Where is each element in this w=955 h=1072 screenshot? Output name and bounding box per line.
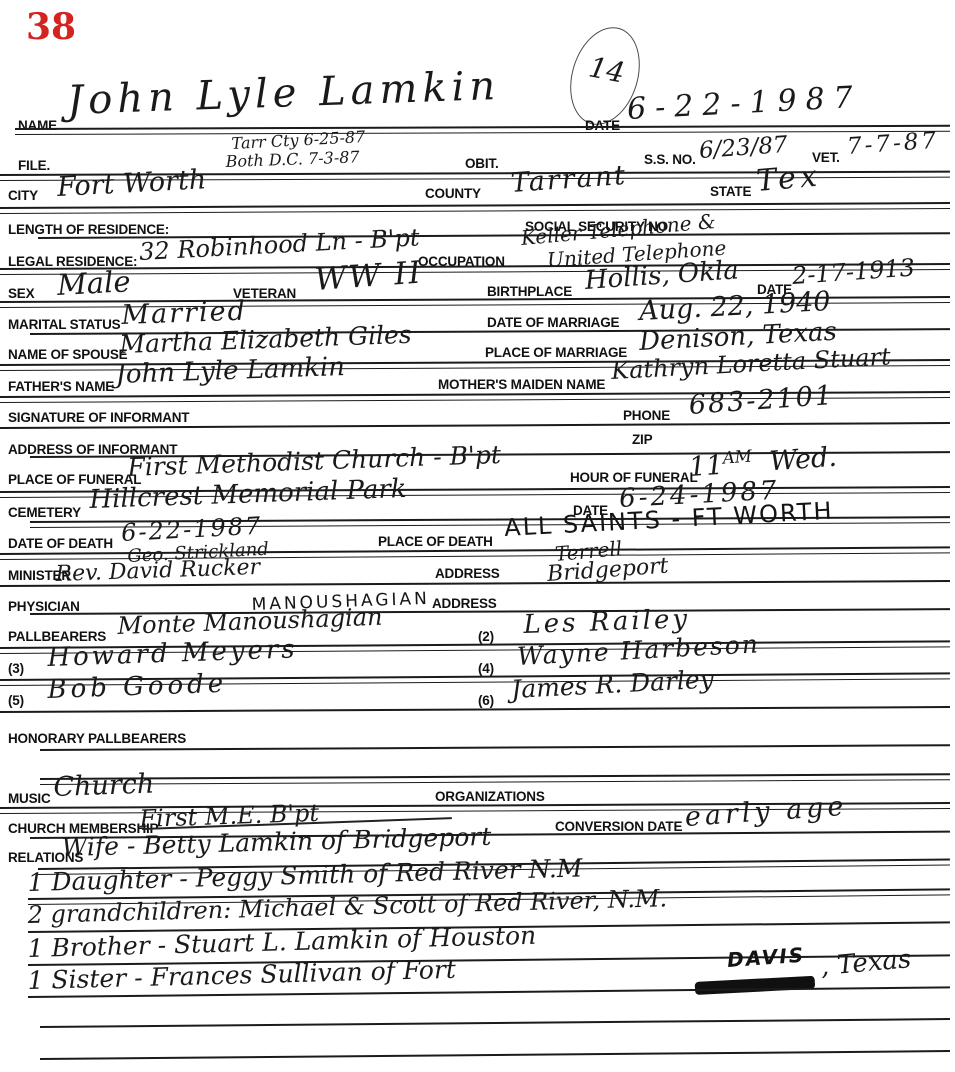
birthplace-label: BIRTHPLACE (487, 284, 572, 299)
conversion-date-value: early age (684, 791, 849, 833)
pallbearer-6-value: James R. Darley (510, 664, 714, 704)
state-label: STATE (710, 184, 751, 199)
vet-value: 7-7-87 (846, 128, 940, 160)
hour-ampm: AM (722, 446, 753, 468)
state-value: Tex (755, 159, 822, 199)
pallbearer-5-value: Bob Goode (47, 669, 228, 705)
date-of-marriage-label: DATE OF MARRIAGE (487, 315, 619, 330)
pallbearer-1-value: Monte Manoushagian (117, 603, 383, 640)
rule-line (0, 202, 950, 214)
date-value: 6-22-1987 (626, 80, 862, 127)
date-of-death-label: DATE OF DEATH (8, 536, 113, 551)
music-value: Church (53, 768, 155, 803)
hour-day: Wed. (768, 442, 837, 478)
pallbearer-5-number: (5) (8, 693, 24, 708)
obit-label: OBIT. (465, 156, 499, 171)
fathers-name-label: FATHER'S NAME (8, 379, 114, 394)
zip-label: ZIP (632, 432, 652, 447)
rule-line (0, 706, 950, 713)
pallbearer-4-number: (4) (478, 661, 494, 676)
name-of-spouse-label: NAME OF SPOUSE (8, 347, 127, 362)
pallbearer-6-number: (6) (478, 693, 494, 708)
organizations-label: ORGANIZATIONS (435, 789, 545, 804)
rule-line (40, 1050, 950, 1060)
file-label: FILE. (18, 158, 50, 173)
signature-of-informant-label: SIGNATURE OF INFORMANT (8, 410, 189, 425)
phone-label: PHONE (623, 408, 670, 423)
page-number: 38 (26, 6, 76, 48)
honorary-pallbearers-label: HONORARY PALLBEARERS (8, 731, 186, 746)
marital-status-label: MARITAL STATUS (8, 317, 120, 332)
relation-brother: 1 Brother - Stuart L. Lamkin of Houston (27, 921, 536, 963)
place-of-funeral-value: First Methodist Church - B'pt (127, 440, 501, 482)
ss-no-label: S.S. NO. (644, 152, 696, 167)
sex-label: SEX (8, 286, 34, 301)
relation-sister-tail: , Texas (819, 944, 912, 982)
city-value: Fort Worth (56, 164, 207, 203)
pallbearer-3-number: (3) (8, 661, 24, 676)
corner-note-value: 14 (586, 50, 627, 89)
physician-address-label: ADDRESS (432, 596, 497, 611)
music-label: MUSIC (8, 791, 51, 806)
sister-city-correction: DAVIS (726, 943, 806, 972)
mothers-maiden-name-label: MOTHER'S MAIDEN NAME (438, 377, 605, 392)
county-value: Tarrant (510, 160, 628, 199)
physician-label: PHYSICIAN (8, 599, 80, 614)
rule-line (40, 1018, 950, 1028)
birth-date-value: 2-17-1913 (791, 253, 916, 290)
length-of-residence-label: LENGTH OF RESIDENCE: (8, 222, 169, 237)
phone-value: 683-2101 (688, 380, 835, 421)
city-label: CITY (8, 188, 38, 203)
funeral-record-form: 38 14 NAME John Lyle Lamkin DATE 6-22-19… (0, 0, 955, 1072)
rule-line (15, 125, 950, 135)
struck-out-word (695, 976, 816, 995)
rule-line (40, 773, 950, 785)
cemetery-label: CEMETERY (8, 505, 81, 520)
minister-value: Rev. David Rucker (55, 555, 260, 587)
minister-address-label: ADDRESS (435, 566, 500, 581)
name-value: John Lyle Lamkin (66, 63, 500, 124)
place-of-marriage-label: PLACE OF MARRIAGE (485, 345, 627, 360)
place-of-death-label: PLACE OF DEATH (378, 534, 493, 549)
ss-no-value: 6/23/87 (698, 132, 788, 164)
veteran-value: WW II (313, 255, 423, 298)
county-label: COUNTY (425, 186, 481, 201)
file-note-2: Both D.C. 7-3-87 (225, 147, 360, 171)
pallbearer-2-number: (2) (478, 629, 494, 644)
sex-value: Male (56, 264, 131, 302)
